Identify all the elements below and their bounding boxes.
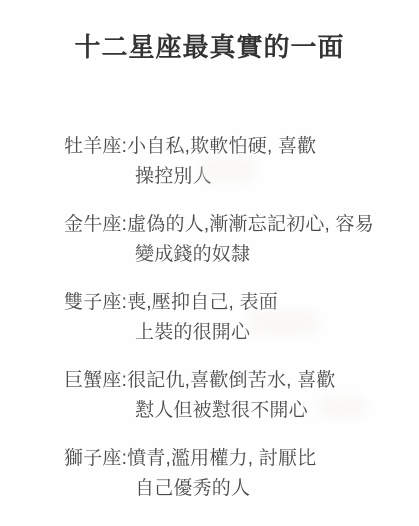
- zodiac-entry-leo: 獅子座:憤青,濫用權力, 討厭比 自己優秀的人: [64, 444, 399, 504]
- entry-line-2: 自己優秀的人: [64, 478, 250, 499]
- zodiac-entry-cancer: 巨蟹座:很記仇,喜歡倒苦水, 喜歡 懟人但被懟很不開心: [64, 366, 399, 426]
- zodiac-entry-list: 牡羊座:小自私,欺軟怕硬, 喜歡 操控別人 金牛座:虛偽的人,漸漸忘記初心, 容…: [0, 132, 419, 504]
- entry-line-1: 雙子座:喪,壓抑自己, 表面: [64, 292, 278, 313]
- entry-line-1: 牡羊座:小自私,欺軟怕硬, 喜歡: [64, 136, 316, 157]
- entry-line-2: 變成錢的奴隸: [64, 244, 250, 265]
- entry-line-1: 巨蟹座:很記仇,喜歡倒苦水, 喜歡: [64, 370, 336, 391]
- zodiac-entry-gemini: 雙子座:喪,壓抑自己, 表面 上裝的很開心: [64, 288, 399, 348]
- zodiac-text-post: 十二星座最真實的一面 牡羊座:小自私,欺軟怕硬, 喜歡 操控別人 金牛座:虛偽的…: [0, 0, 419, 526]
- entry-line-2: 操控別人: [64, 166, 212, 187]
- entry-line-1: 獅子座:憤青,濫用權力, 討厭比: [64, 448, 316, 469]
- zodiac-entry-taurus: 金牛座:虛偽的人,漸漸忘記初心, 容易 變成錢的奴隸: [64, 210, 399, 270]
- entry-line-2: 上裝的很開心: [64, 322, 250, 343]
- page-title: 十二星座最真實的一面: [0, 0, 419, 64]
- entry-line-1: 金牛座:虛偽的人,漸漸忘記初心, 容易: [64, 214, 374, 235]
- entry-line-2: 懟人但被懟很不開心: [64, 400, 308, 421]
- zodiac-entry-aries: 牡羊座:小自私,欺軟怕硬, 喜歡 操控別人: [64, 132, 399, 192]
